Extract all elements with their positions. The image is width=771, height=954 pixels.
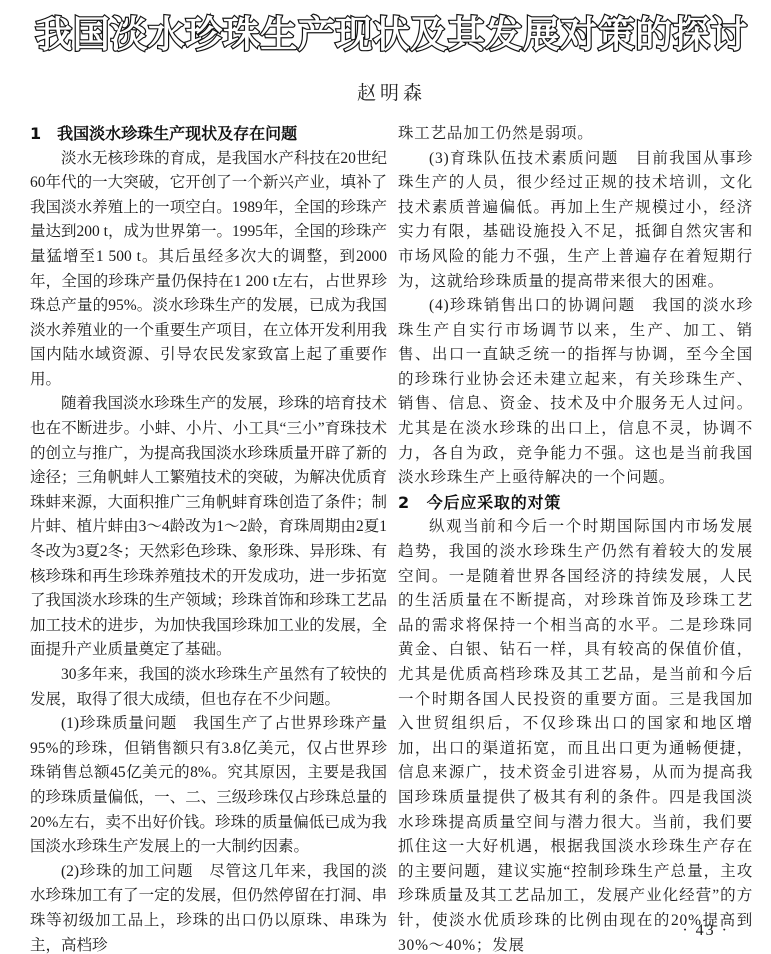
paragraph-problem-2-continuation: 珠工艺品加工仍然是弱项。 — [398, 122, 753, 147]
paragraph-problem-3-personnel: (3)育珠队伍技术素质问题 目前我国从事珍珠生产的人员，很少经过正规的技术培训，… — [398, 147, 753, 295]
paragraph-problem-1-quality: (1)珍珠质量问题 我国生产了占世界珍珠产量95%的珍珠，但销售额只有3.8亿美… — [30, 712, 387, 860]
left-column: 1 我国淡水珍珠生产现状及存在问题 淡水无核珍珠的育成，是我国水产科技在20世纪… — [30, 122, 387, 954]
paragraph-future-strategy: 纵观当前和今后一个时期国际国内市场发展趋势，我国的淡水珍珠生产仍然有着较大的发展… — [398, 515, 753, 954]
paragraph-30-years-summary: 30多年来，我国的淡水珍珠生产虽然有了较快的发展，取得了很大成绩，但也存在不少问… — [30, 663, 387, 712]
author-name: 赵明森 — [30, 78, 753, 105]
two-column-body: 1 我国淡水珍珠生产现状及存在问题 淡水无核珍珠的育成，是我国水产科技在20世纪… — [30, 122, 753, 954]
paragraph-intro: 淡水无核珍珠的育成，是我国水产科技在20世纪60年代的一大突破，它开创了一个新兴… — [30, 147, 387, 393]
paragraph-problem-2-processing: (2)珍珠的加工问题 尽管这几年来，我国的淡水珍珠加工有了一定的发展，但仍然停留… — [30, 860, 387, 954]
article-title: 我国淡水珍珠生产现状及其发展对策的探讨 — [30, 10, 753, 60]
right-column: 珠工艺品加工仍然是弱项。 (3)育珠队伍技术素质问题 目前我国从事珍珠生产的人员… — [398, 122, 753, 954]
section-2-heading: 2 今后应采取的对策 — [398, 491, 753, 516]
paragraph-problem-4-coordination: (4)珍珠销售出口的协调问题 我国的淡水珍珠生产自实行市场调节以来，生产、加工、… — [398, 294, 753, 491]
section-1-heading: 1 我国淡水珍珠生产现状及存在问题 — [30, 122, 387, 147]
journal-page: 我国淡水珍珠生产现状及其发展对策的探讨 赵明森 1 我国淡水珍珠生产现状及存在问… — [0, 0, 771, 954]
paragraph-technology-progress: 随着我国淡水珍珠生产的发展，珍珠的培育技术也在不断进步。小蚌、小片、小工具“三小… — [30, 392, 387, 663]
page-number: · 43 · — [682, 922, 729, 940]
